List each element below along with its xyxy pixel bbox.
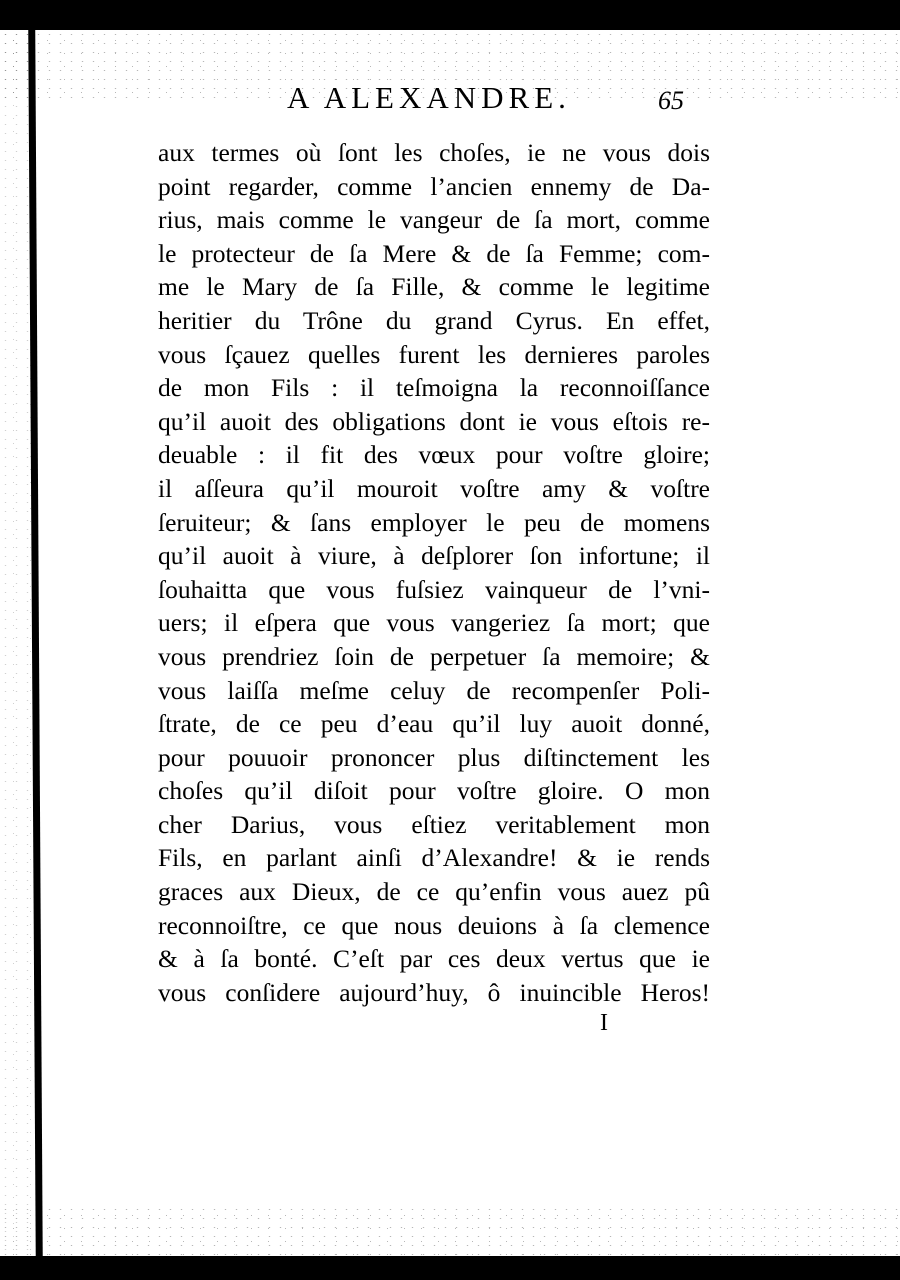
text-line: reconnoiſtre, ce que nous deuions à ſa c… — [158, 909, 710, 943]
catchword: I — [600, 1010, 608, 1037]
text-line: deuable : il fit des vœux pour voſtre gl… — [158, 438, 710, 472]
scan-noise-left — [0, 30, 32, 1256]
text-line: le protecteur de ſa Mere & de ſa Femme; … — [158, 237, 710, 271]
text-line: pour pouuoir prononcer plus diſtinctemen… — [158, 741, 710, 775]
scan-noise-bottom — [0, 1205, 900, 1256]
scan-border-top — [0, 0, 900, 30]
text-line: & à ſa bonté. C’eſt par ces deux vertus … — [158, 942, 710, 976]
text-line: qu’il auoit des obligations dont ie vous… — [158, 405, 710, 439]
text-line: Fils, en parlant ainſi d’Alexandre! & ie… — [158, 841, 710, 875]
text-line: ſouhaitta que vous fuſsiez vainqueur de … — [158, 573, 710, 607]
scan-border-bottom — [0, 1256, 900, 1280]
text-line: me le Mary de ſa Fille, & comme le legit… — [158, 270, 710, 304]
text-line: qu’il auoit à viure, à deſplorer ſon inf… — [158, 539, 710, 573]
page-number: 65 — [658, 86, 684, 116]
text-line: vous ſçauez quelles furent les dernieres… — [158, 338, 710, 372]
text-line: ſeruiteur; & ſans employer le peu de mom… — [158, 506, 710, 540]
text-line: uers; il eſpera que vous vangeriez ſa mo… — [158, 606, 710, 640]
text-line: de mon Fils : il teſmoigna la reconnoiſſ… — [158, 371, 710, 405]
body-text: aux termes où ſont les choſes, ie ne vou… — [158, 136, 710, 1009]
text-line: vous laiſſa meſme celuy de recompenſer P… — [158, 674, 710, 708]
text-line: vous prendriez ſoin de perpetuer ſa memo… — [158, 640, 710, 674]
running-head: A ALEXANDRE. — [287, 80, 571, 116]
text-line: heritier du Trône du grand Cyrus. En eff… — [158, 304, 710, 338]
text-line: cher Darius, vous eſtiez veritablement m… — [158, 808, 710, 842]
text-line: choſes qu’il diſoit pour voſtre gloire. … — [158, 774, 710, 808]
text-line: rius, mais comme le vangeur de ſa mort, … — [158, 203, 710, 237]
book-gutter-edge — [28, 30, 43, 1260]
text-line: graces aux Dieux, de ce qu’enfin vous au… — [158, 875, 710, 909]
text-line: vous conſidere aujourd’huy, ô inuincible… — [158, 976, 710, 1010]
text-line: ſtrate, de ce peu d’eau qu’il luy auoit … — [158, 707, 710, 741]
text-line: aux termes où ſont les choſes, ie ne vou… — [158, 136, 710, 170]
text-line: point regarder, comme l’ancien ennemy de… — [158, 170, 710, 204]
text-line: il aſſeura qu’il mouroit voſtre amy & vo… — [158, 472, 710, 506]
